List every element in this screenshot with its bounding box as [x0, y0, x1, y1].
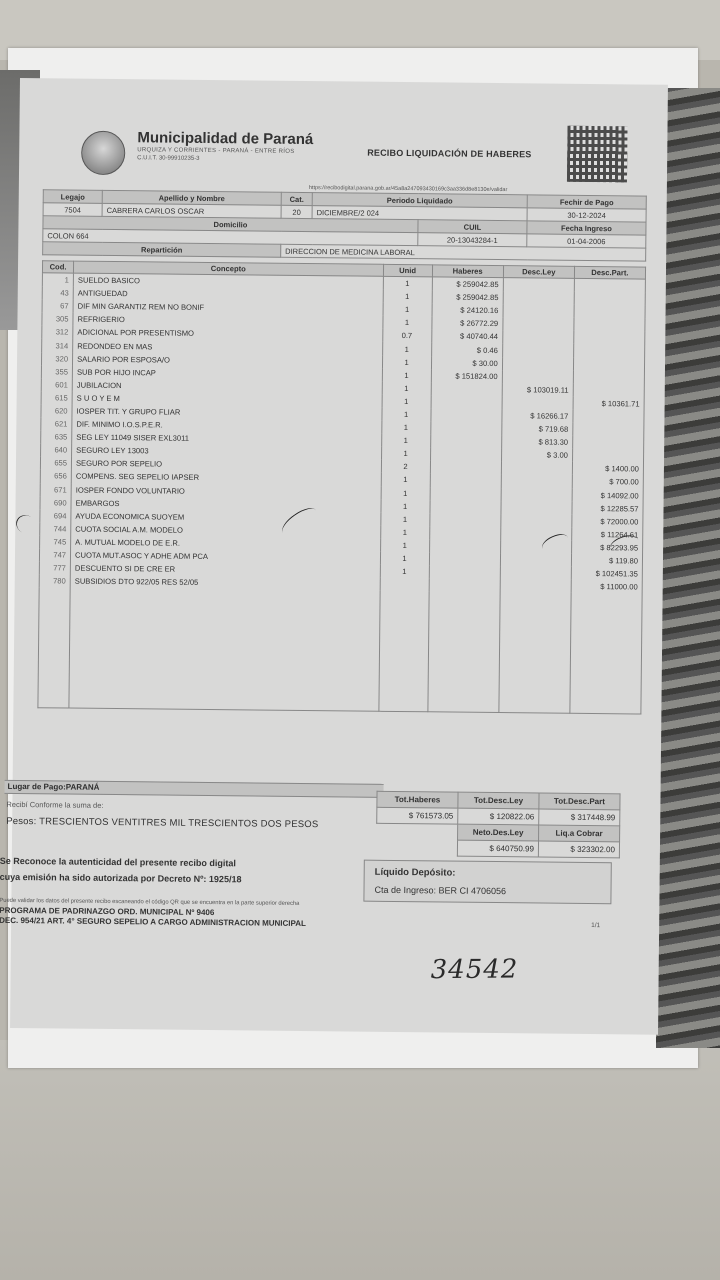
cell-desc-part: $ 102451.35 — [571, 567, 642, 581]
cell-desc-part — [574, 331, 645, 345]
cell-desc-part — [574, 318, 645, 332]
liq-label: Liq.a Cobrar — [539, 825, 620, 842]
cell-desc-ley — [503, 291, 574, 305]
cuil-label: CUIL — [418, 220, 527, 234]
cell-desc-ley — [500, 566, 571, 580]
cat-value: 20 — [281, 205, 312, 218]
cell-unid: 1 — [383, 290, 432, 304]
qr-code-icon[interactable] — [567, 126, 628, 183]
cell-desc-ley — [502, 344, 573, 358]
cell-haberes — [430, 448, 501, 462]
cell-haberes: $ 151824.00 — [431, 369, 502, 383]
neto-value: $ 640750.99 — [457, 840, 538, 857]
cell-haberes — [430, 421, 501, 435]
cell-cod: 320 — [41, 352, 72, 365]
cell-cod: 655 — [40, 457, 71, 470]
cell-cod: 635 — [41, 430, 72, 443]
cell-desc-ley: $ 813.30 — [501, 435, 572, 449]
tot-desc-ley-label: Tot.Desc.Ley — [458, 792, 539, 809]
cell-cod: 747 — [39, 548, 70, 561]
cell-desc-ley: $ 719.68 — [502, 422, 573, 436]
cell-unid: 1 — [380, 552, 429, 566]
cell-desc-ley — [501, 461, 572, 475]
municipality-seal-icon — [81, 131, 125, 175]
col-unid: Unid — [383, 264, 432, 277]
cell-cod: 671 — [40, 483, 71, 496]
pen-check-mark-icon — [13, 511, 40, 537]
cell-desc-part — [573, 423, 644, 437]
cell-haberes — [430, 487, 501, 501]
cell-unid: 1 — [381, 421, 430, 435]
cell-desc-ley — [502, 396, 573, 410]
cell-desc-part: $ 700.00 — [572, 475, 643, 489]
empty-cell — [69, 588, 380, 712]
legajo-label: Legajo — [43, 190, 102, 204]
receipt-header: Municipalidad de Paraná URQUIZA Y CORRIE… — [59, 108, 640, 184]
cell-cod: 744 — [40, 522, 71, 535]
col-desc-part: Desc.Part. — [574, 266, 645, 279]
cell-desc-part — [572, 436, 643, 450]
cell-cod: 314 — [42, 339, 73, 352]
legajo-value: 7504 — [43, 203, 102, 217]
cell-haberes: $ 40740.44 — [431, 330, 502, 344]
cell-haberes — [429, 578, 500, 592]
cell-haberes — [431, 408, 502, 422]
cell-unid: 1 — [382, 368, 431, 382]
cell-desc-ley — [503, 304, 574, 318]
empty-cell — [428, 592, 500, 713]
cell-unid: 1 — [382, 342, 431, 356]
cell-cod: 43 — [42, 286, 73, 299]
cell-desc-part — [572, 449, 643, 463]
cell-unid: 2 — [381, 460, 430, 474]
tot-desc-part-value: $ 317448.99 — [539, 809, 620, 826]
cell-desc-part — [573, 370, 644, 384]
cell-haberes — [429, 565, 500, 579]
cell-cod: 620 — [41, 404, 72, 417]
reparticion-value: DIRECCION DE MEDICINA LABORAL — [281, 244, 646, 261]
cell-cod: 745 — [40, 535, 71, 548]
cell-cod: 1 — [42, 273, 73, 287]
cell-unid: 1 — [381, 408, 430, 422]
cell-cod: 780 — [39, 574, 70, 587]
cell-desc-part: $ 14092.00 — [572, 488, 643, 502]
cell-desc-part — [573, 410, 644, 424]
authenticity-line-2: cuya emisión ha sido autorizada por Decr… — [0, 869, 242, 888]
cell-desc-part: $ 72000.00 — [572, 514, 643, 528]
reparticion-label: Repartición — [43, 242, 281, 257]
cell-haberes: $ 259042.85 — [432, 277, 503, 291]
empty-cell — [570, 593, 642, 714]
cell-haberes — [429, 526, 500, 540]
cell-cod: 355 — [41, 365, 72, 378]
cell-desc-part: $ 11000.00 — [571, 580, 642, 594]
amount-in-words: Pesos: TRESCIENTOS VENTITRES MIL TRESCIE… — [6, 816, 318, 830]
program-note: PROGRAMA DE PADRINAZGO ORD. MUNICIPAL Nº… — [0, 906, 306, 929]
cell-haberes — [429, 552, 500, 566]
cell-desc-ley — [502, 370, 573, 384]
cell-cod: 601 — [41, 378, 72, 391]
handwritten-number: 34542 — [431, 955, 519, 986]
cell-desc-part — [574, 305, 645, 319]
col-desc-ley: Desc.Ley — [503, 266, 574, 279]
cell-haberes — [430, 500, 501, 514]
deposit-title: Líquido Depósito: — [375, 867, 456, 879]
totals-table: Tot.Haberes Tot.Desc.Ley Tot.Desc.Part $… — [376, 791, 621, 859]
cell-unid: 0.7 — [382, 329, 431, 343]
cell-cod: 67 — [42, 299, 73, 312]
cell-desc-ley: $ 3.00 — [501, 448, 572, 462]
cell-desc-part: $ 10361.71 — [573, 397, 644, 411]
cell-desc-ley — [500, 579, 571, 593]
cell-unid: 1 — [380, 565, 429, 579]
recibi-conforme: Recibí Conforme la suma de: — [6, 800, 103, 810]
cell-unid: 1 — [381, 499, 430, 513]
cell-haberes: $ 30.00 — [431, 356, 502, 370]
cell-desc-ley — [503, 317, 574, 331]
cell-haberes: $ 0.46 — [431, 343, 502, 357]
cell-cod: 615 — [41, 391, 72, 404]
cell-desc-part — [574, 292, 645, 306]
cell-haberes — [429, 539, 500, 553]
items-body: 1SUELDO BASICO1$ 259042.8543ANTIGUEDAD1$… — [38, 273, 646, 715]
cell-cod: 305 — [42, 313, 73, 326]
cell-desc-ley — [500, 553, 571, 567]
cell-unid: 1 — [383, 303, 432, 317]
cell-desc-ley — [501, 488, 572, 502]
cell-desc-part: $ 12285.57 — [572, 501, 643, 515]
cell-unid — [380, 578, 429, 592]
cell-haberes: $ 26772.29 — [432, 317, 503, 331]
cell-desc-part: $ 119.80 — [571, 554, 642, 568]
issuer-name: Municipalidad de Paraná — [137, 129, 313, 148]
cell-unid: 1 — [382, 395, 431, 409]
program-line-2: DEC. 954/21 ART. 4° SEGURO SEPELIO A CAR… — [0, 916, 306, 929]
cell-haberes — [430, 434, 501, 448]
fecha-pago-label: Fechir de Pago — [527, 195, 646, 209]
empty-cell — [499, 592, 571, 713]
wall-background-bottom — [0, 1040, 720, 1280]
cell-cod: 777 — [39, 561, 70, 574]
cell-haberes — [430, 461, 501, 475]
cell-cod: 656 — [40, 470, 71, 483]
cell-unid: 1 — [380, 512, 429, 526]
cell-haberes: $ 24120.16 — [432, 304, 503, 318]
tot-desc-part-label: Tot.Desc.Part — [539, 793, 620, 810]
cell-unid: 1 — [380, 526, 429, 540]
empty-cell — [378, 591, 428, 712]
cell-desc-ley — [502, 330, 573, 344]
cell-cod: 640 — [41, 443, 72, 456]
table-filler — [38, 587, 642, 714]
neto-label: Neto.Des.Ley — [458, 824, 539, 841]
cell-haberes — [430, 474, 501, 488]
cell-desc-part — [573, 357, 644, 371]
col-cod: Cod. — [42, 261, 73, 273]
deposit-box: Líquido Depósito: Cta de Ingreso: BER CI… — [363, 860, 611, 905]
cell-unid: 1 — [382, 316, 431, 330]
items-table: Cod. Concepto Unid Haberes Desc.Ley Desc… — [37, 260, 646, 715]
page-number: 1/1 — [591, 922, 600, 929]
lugar-de-pago: Lugar de Pago:PARANÁ — [5, 780, 384, 798]
issuer-cuit: C.U.I.T. 30-99910235-3 — [137, 155, 199, 162]
cuil-value: 20-13043284-1 — [418, 233, 527, 247]
cell-desc-ley: $ 103019.11 — [502, 383, 573, 397]
tot-desc-ley-value: $ 120822.06 — [458, 808, 539, 825]
employee-info-table: Legajo Apellido y Nombre Cat. Periodo Li… — [42, 189, 647, 261]
deposit-account: Cta de Ingreso: BER CI 4706056 — [374, 885, 506, 896]
cat-label: Cat. — [281, 192, 312, 205]
tot-haberes-value: $ 761573.05 — [377, 807, 458, 824]
cell-unid: 1 — [382, 355, 431, 369]
cell-unid: 1 — [381, 486, 430, 500]
cell-unid: 1 — [381, 447, 430, 461]
spacer — [376, 839, 457, 856]
cell-cod: 312 — [42, 326, 73, 339]
cell-desc-part: $ 1400.00 — [572, 462, 643, 476]
cell-desc-ley: $ 16266.17 — [502, 409, 573, 423]
cell-unid: 1 — [381, 434, 430, 448]
cell-haberes — [429, 513, 500, 527]
spacer — [377, 823, 458, 840]
cell-haberes: $ 259042.85 — [432, 290, 503, 304]
issuer-address: URQUIZA Y CORRIENTES - PARANÁ - ENTRE RÍ… — [137, 147, 294, 155]
cell-desc-ley — [501, 501, 572, 515]
fecha-ingreso-label: Fecha Ingreso — [527, 221, 646, 235]
cell-desc-ley — [501, 514, 572, 528]
cell-cod: 621 — [41, 417, 72, 430]
payslip-receipt: Municipalidad de Paraná URQUIZA Y CORRIE… — [10, 78, 668, 1035]
empty-cell — [38, 587, 70, 708]
cell-unid: 1 — [383, 276, 432, 290]
cell-haberes — [431, 382, 502, 396]
cell-desc-ley — [502, 357, 573, 371]
cell-unid: 1 — [382, 382, 431, 396]
cell-desc-ley — [503, 278, 574, 292]
cell-cod: 694 — [40, 509, 71, 522]
cell-desc-part — [573, 384, 644, 398]
cell-desc-ley — [501, 474, 572, 488]
cell-cod: 690 — [40, 496, 71, 509]
cell-haberes — [431, 395, 502, 409]
tot-haberes-label: Tot.Haberes — [377, 791, 458, 808]
liq-value: $ 323302.00 — [538, 841, 619, 858]
cell-desc-part — [573, 344, 644, 358]
authenticity-note: Se Reconoce la autenticidad del presente… — [0, 853, 242, 888]
document-title: RECIBO LIQUIDACIÓN DE HABERES — [367, 148, 531, 160]
cell-unid: 1 — [380, 539, 429, 553]
fecha-ingreso-value: 01-04-2006 — [527, 234, 646, 248]
fecha-pago-value: 30-12-2024 — [527, 208, 646, 222]
cell-desc-part — [574, 278, 645, 292]
col-haberes: Haberes — [432, 265, 503, 278]
cell-unid: 1 — [381, 473, 430, 487]
